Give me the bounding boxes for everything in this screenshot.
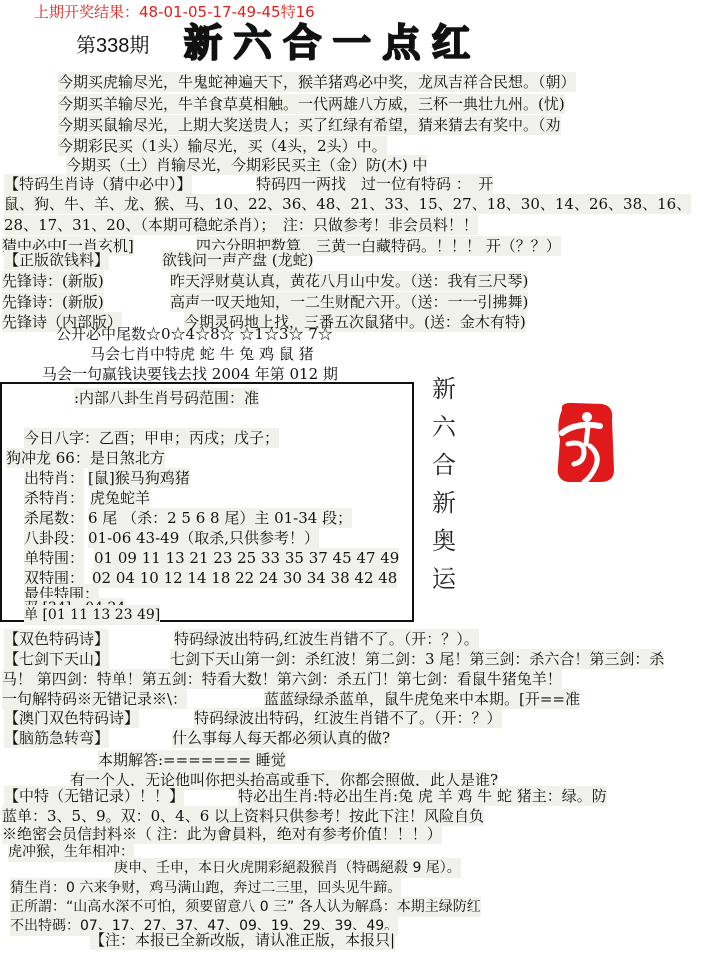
side-char: 六: [432, 408, 456, 446]
side-char: 新: [432, 484, 456, 522]
one-sentence: 马会一句赢钱诀要钱去找 2004 年第 012 期: [42, 364, 338, 384]
side-vertical-title: 新 六 合 新 奥 运: [430, 370, 458, 598]
logo-char: 六: [234, 22, 272, 64]
odd-range-label: 单特围：: [24, 548, 84, 568]
section-title-brain-teaser: 【脑筋急转弯】: [4, 728, 109, 748]
poem-line: 今期买鼠输尽光，上期大奖送贵人；买了红绿有希望，猜来猜去有奖中。（劝: [58, 115, 561, 135]
pioneer-text: 高声一叹天地知，一二生财配六开。（送：一一引拂舞): [170, 292, 528, 312]
box-title: :内部八卦生肖号码范围：准: [74, 388, 259, 408]
section-title-double-color: 【双色特码诗】: [4, 629, 109, 649]
section-title-seven-swords: 【七剑下天山】: [4, 649, 109, 669]
section-title-zhongte: 【中特（无错记录）！！】: [4, 786, 184, 806]
pioneer-text: 昨天浮财莫认真，黄花八月山中发。（送：我有三尺琴): [170, 271, 528, 291]
section-title-tema-poem: 【特码生肖诗（猜中必中）】: [4, 174, 192, 194]
tema-poem-note: 28、17、31、20、（本期可稳蛇杀肖）； 注：只做参考！非会员料！！: [4, 215, 478, 235]
secret-saying: 正所謂：“山高水深不可怕，须要留意八 0 三” 各人认为解爲：本期主绿防红: [10, 897, 481, 917]
issue-number: 第338期: [76, 32, 149, 60]
kill-zodiac-value: 虎兔蛇羊: [90, 488, 150, 508]
section-title-pioneer: 先锋诗：(新版): [2, 292, 104, 312]
footer-note: 【注：本报已全新改版，请认准正版，本报只|: [90, 930, 395, 950]
logo-char: 红: [432, 22, 470, 64]
section-title-secret: ※绝密会员信封料※（ 注：此为會員料，绝对有参考价值！！！）: [2, 824, 442, 844]
tema-poem-text: 特码四一两找 过一位有特码 ： 开: [256, 174, 493, 194]
seven-zodiac: 马会七肖中特虎 蛇 牛 兔 鸡 鼠 猪: [90, 344, 314, 364]
box-clash: 狗冲龙 66：是日煞北方: [6, 448, 165, 468]
kill-tail-label: 杀尾数：: [24, 508, 84, 528]
poem-line: 今期彩民买（1头）输尽光，买（4头，2头）中。: [58, 136, 387, 156]
logo-char: 新: [184, 22, 222, 64]
side-char: 奥: [432, 522, 456, 560]
logo-char: 点: [382, 22, 420, 64]
brain-teaser-question: 什么事每人每天都必须认真的做?: [172, 728, 390, 748]
brain-teaser-answer: 本期解答:======= 睡觉: [98, 750, 286, 770]
best-odd: 单 [01 11 13 23 49]: [24, 605, 160, 625]
seven-swords-line2: 马！ 第四剑：特单！第五剑：特看大数！第六剑：杀五门！第七剑：看鼠牛猪兔羊！: [2, 669, 562, 689]
out-zodiac-value: [鼠]猴马狗鸡猪: [88, 468, 190, 488]
even-range-value: 02 04 10 12 14 18 22 24 30 34 38 42 48: [92, 568, 397, 588]
masthead-logo: 新 六 合 一 点 红: [184, 22, 470, 64]
secret-detail: 庚申、壬申，本日火虎開彩絕殺猴肖（特碼絕殺 9 尾）。: [114, 858, 461, 878]
poem-line: 今期买（土）肖输尽光，今期彩民买主（金）防(木) 中: [66, 155, 427, 175]
poem-line: 今期买虎输尽光，牛鬼蛇神遍天下，猴羊猪鸡必中奖，龙凤吉祥合民想。（朝）: [58, 72, 576, 92]
macau-text: 特码绿波出特码，红波生肖错不了。（开：？）: [194, 708, 502, 728]
logo-char: 一: [333, 22, 371, 64]
bagua-value: 01-06 43-49（取杀,只供参考！）: [88, 528, 319, 548]
side-char: 新: [432, 370, 456, 408]
section-title-one-line: 一句解特码※无错记录※\：: [2, 689, 187, 709]
one-line-text: 蓝蓝绿绿杀蓝单，鼠牛虎兔来中本期。[开==准: [264, 689, 580, 709]
zhongte-text: 特必出生肖:特必出生肖:兔 虎 羊 鸡 牛 蛇 猪主：绿。防: [238, 786, 607, 806]
out-zodiac-label: 出特肖：: [24, 468, 84, 488]
kill-tail-value: 6 尾 （杀：2 5 6 8 尾）主 01-34 段；: [88, 508, 352, 528]
odd-range-value: 01 09 11 13 21 23 25 33 35 37 45 47 49: [94, 548, 399, 568]
section-title-pioneer: 先锋诗：(新版): [2, 271, 104, 291]
secret-guess-zodiac: 猜生肖：0 六来争财，鸡马满山跑，奔过二三里，回头见牛蹄。: [10, 878, 401, 898]
zhongte-line2: 蓝单：3、5、9。双：0、4、6 以上资料只供参考！按此下注！风险自负: [2, 806, 484, 826]
money-text: 欲钱问一声产盘 (龙蛇): [162, 250, 313, 270]
tema-poem-numbers: 鼠、狗、牛、羊、龙、猴、马、10、22、36、48、21、33、15、27、18…: [4, 194, 691, 214]
bagua-label: 八卦段：: [24, 528, 84, 548]
side-char: 合: [432, 446, 456, 484]
last-draw-result: 上期开奖结果：48-01-05-17-49-45特16: [34, 2, 315, 22]
logo-char: 合: [283, 22, 321, 64]
olympic-seal-emblem-icon: [554, 400, 616, 484]
tail-numbers: 公开必中尾数☆0☆4☆8☆ ☆1☆3☆ 7☆: [56, 324, 333, 344]
section-title-money: 【正版欲钱料】: [4, 250, 109, 270]
section-title-macau: 【澳门双色特码诗】: [4, 708, 139, 728]
kill-zodiac-label: 杀特肖：: [24, 488, 84, 508]
seven-swords-text: 七剑下天山第一剑：杀红波！第二剑：3 尾！第三剑：杀六合！第三剑：杀: [170, 649, 664, 669]
poem-line: 今期买羊输尽光，牛羊食草莫相触。一代两雄八方威，三杯一典壮九州。(忧): [58, 94, 565, 114]
side-char: 运: [432, 560, 456, 598]
box-bazi: 今日八字：乙酉；甲申；丙戌；戊子；: [24, 428, 279, 448]
double-color-text: 特码绿波出特码,红波生肖错不了。（开：？）。: [174, 629, 479, 649]
